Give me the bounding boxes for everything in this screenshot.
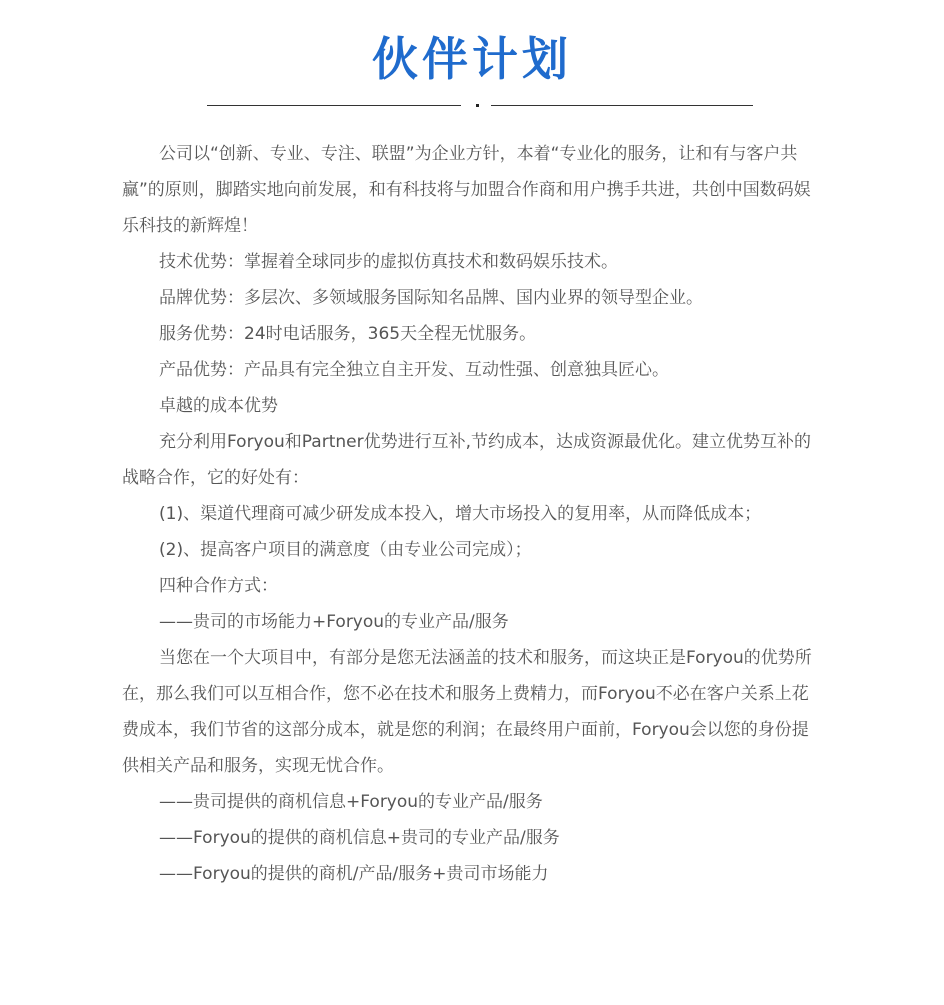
cooperation-mode-1: ——贵司的市场能力+Foryou的专业产品/服务 xyxy=(122,604,812,640)
cost-advantage-paragraph: 充分利用Foryou和Partner优势进行互补,节约成本，达成资源最优化。建立… xyxy=(122,424,812,496)
title-divider-left xyxy=(207,105,461,106)
advantage-brand: 品牌优势：多层次、多领域服务国际知名品牌、国内业界的领导型企业。 xyxy=(122,280,812,316)
cooperation-mode-2: ——贵司提供的商机信息+Foryou的专业产品/服务 xyxy=(122,784,812,820)
article-body: 公司以“创新、专业、专注、联盟”为企业方针，本着“专业化的服务，让和有与客户共赢… xyxy=(122,136,812,892)
intro-paragraph: 公司以“创新、专业、专注、联盟”为企业方针，本着“专业化的服务，让和有与客户共赢… xyxy=(122,136,812,244)
page-title: 伙伴计划 xyxy=(0,28,944,90)
title-divider-dot xyxy=(476,104,479,107)
benefit-item-1: (1)、渠道代理商可减少研发成本投入，增大市场投入的复用率，从而降低成本； xyxy=(122,496,812,532)
advantage-product: 产品优势：产品具有完全独立自主开发、互动性强、创意独具匠心。 xyxy=(122,352,812,388)
cooperation-mode-4: ——Foryou的提供的商机/产品/服务+贵司市场能力 xyxy=(122,856,812,892)
cost-advantage-heading: 卓越的成本优势 xyxy=(122,388,812,424)
advantage-service: 服务优势：24时电话服务，365天全程无忧服务。 xyxy=(122,316,812,352)
title-divider-right xyxy=(491,105,753,106)
benefit-item-2: (2)、提高客户项目的满意度（由专业公司完成）； xyxy=(122,532,812,568)
cooperation-mode-1-description: 当您在一个大项目中，有部分是您无法涵盖的技术和服务，而这块正是Foryou的优势… xyxy=(122,640,812,784)
cooperation-mode-3: ——Foryou的提供的商机信息+贵司的专业产品/服务 xyxy=(122,820,812,856)
advantage-technology: 技术优势：掌握着全球同步的虚拟仿真技术和数码娱乐技术。 xyxy=(122,244,812,280)
cooperation-modes-heading: 四种合作方式： xyxy=(122,568,812,604)
